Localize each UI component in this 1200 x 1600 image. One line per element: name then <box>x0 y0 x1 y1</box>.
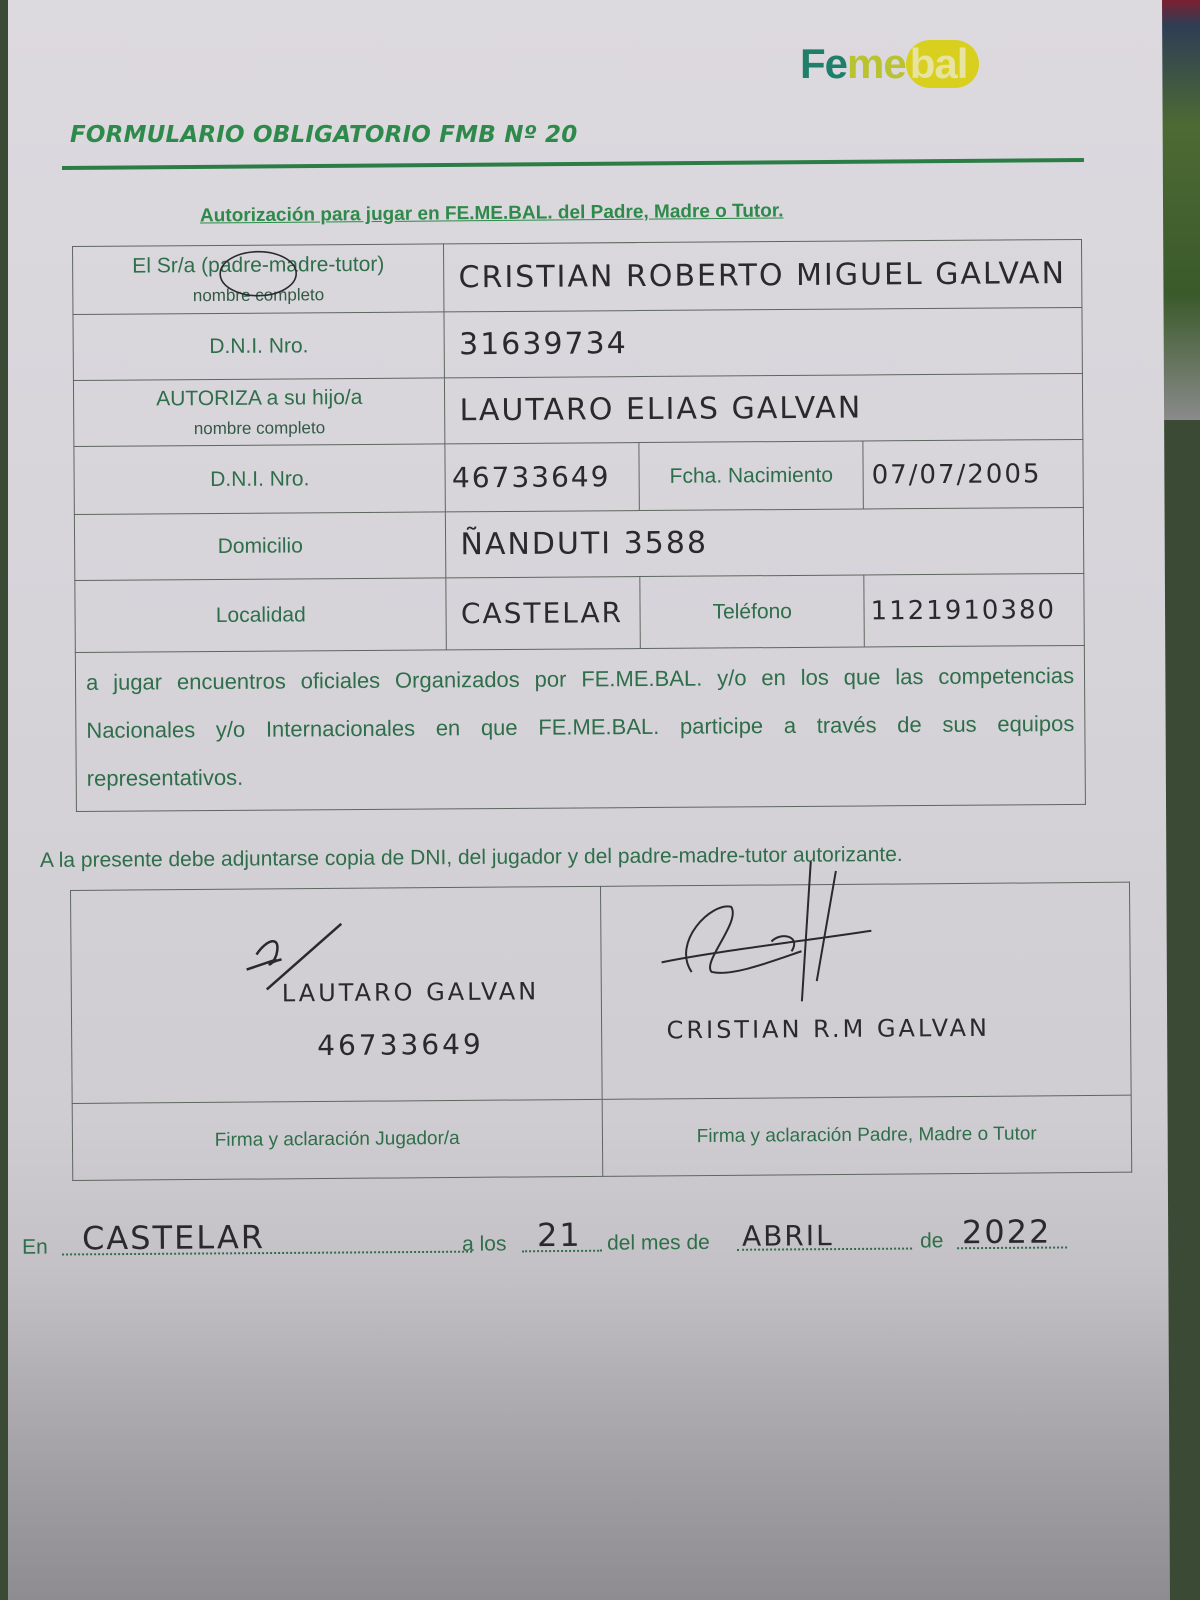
mes-label: del mes de <box>607 1231 710 1256</box>
city-label: Localidad <box>75 578 447 653</box>
authorization-table: El Sr/a (padre-madre-tutor) nombre compl… <box>72 239 1086 812</box>
player-printed-dni: 46733649 <box>317 1028 484 1062</box>
femebal-logo: Femebal <box>800 40 1070 100</box>
parent-printed-name: CRISTIAN R.M GALVAN <box>667 1014 990 1045</box>
day-field[interactable]: 21 <box>537 1216 582 1254</box>
place-date-line: En CASTELAR a los 21 del mes de ABRIL de… <box>22 1208 1102 1266</box>
player-signature-caption: Firma y aclaración Jugador/a <box>72 1099 602 1180</box>
player-printed-name: LAUTARO GALVAN <box>282 977 540 1007</box>
parent-dni-label: D.N.I. Nro. <box>73 312 445 381</box>
birth-date-label: Fcha. Nacimiento <box>639 441 863 511</box>
row-city-phone: Localidad CASTELAR Teléfono 1121910380 <box>75 573 1084 652</box>
year-field[interactable]: 2022 <box>962 1213 1052 1252</box>
circled-option-mark <box>216 247 300 300</box>
phone-field[interactable]: 1121910380 <box>864 573 1084 647</box>
child-sublabel: nombre completo <box>75 417 443 440</box>
authorization-text: a jugar encuentros oficiales Organizados… <box>75 645 1085 811</box>
row-child-name: AUTORIZA a su hijo/a nombre completo LAU… <box>73 373 1082 446</box>
parent-signature-scribble <box>650 861 891 1013</box>
de-label: de <box>920 1229 944 1253</box>
parent-label: El Sr/a (padre-madre-tutor) <box>132 252 384 278</box>
birth-date-field[interactable]: 07/07/2005 <box>863 439 1083 509</box>
child-label-cell: AUTORIZA a su hijo/a nombre completo <box>73 378 445 447</box>
a-los-label: a los <box>462 1232 507 1256</box>
row-parent-dni: D.N.I. Nro. 31639734 <box>73 307 1082 380</box>
logo-bal: bal <box>910 40 968 87</box>
row-child-dni: D.N.I. Nro. 46733649 Fcha. Nacimiento 07… <box>74 439 1083 514</box>
form-title: FORMULARIO OBLIGATORIO FMB Nº 20 <box>70 122 577 148</box>
caption-row: Firma y aclaración Jugador/a Firma y acl… <box>72 1095 1132 1180</box>
child-dni-field[interactable]: 46733649 <box>445 443 639 512</box>
logo-ball-icon: bal <box>906 40 980 88</box>
month-field[interactable]: ABRIL <box>742 1219 834 1253</box>
signature-row: LAUTARO GALVAN 46733649 CRISTIAN R.M GAL… <box>71 882 1132 1103</box>
player-signature-box[interactable]: LAUTARO GALVAN 46733649 <box>71 886 602 1103</box>
city-field[interactable]: CASTELAR <box>446 577 640 650</box>
row-authorization-text: a jugar encuentros oficiales Organizados… <box>75 645 1085 811</box>
parent-name-field[interactable]: CRISTIAN ROBERTO MIGUEL GALVAN <box>444 239 1082 311</box>
row-address: Domicilio ÑANDUTI 3588 <box>74 507 1083 580</box>
child-dni-label: D.N.I. Nro. <box>74 444 446 515</box>
address-label: Domicilio <box>74 512 446 581</box>
child-name-field[interactable]: LAUTARO ELIAS GALVAN <box>445 373 1083 443</box>
phone-label: Teléfono <box>640 575 864 649</box>
en-label: En <box>22 1236 48 1260</box>
parent-signature-caption: Firma y aclaración Padre, Madre o Tutor <box>602 1095 1132 1176</box>
parent-label-cell: El Sr/a (padre-madre-tutor) nombre compl… <box>73 244 445 315</box>
paper-shadow <box>8 1280 1170 1600</box>
parent-signature-box[interactable]: CRISTIAN R.M GALVAN <box>600 882 1131 1099</box>
signature-table: LAUTARO GALVAN 46733649 CRISTIAN R.M GAL… <box>70 882 1132 1181</box>
logo-me: me <box>847 40 906 87</box>
place-field[interactable]: CASTELAR <box>82 1218 265 1257</box>
row-parent-name: El Sr/a (padre-madre-tutor) nombre compl… <box>73 239 1082 314</box>
child-label: AUTORIZA a su hijo/a <box>156 385 362 409</box>
address-field[interactable]: ÑANDUTI 3588 <box>446 507 1084 577</box>
logo-fe: Fe <box>800 40 847 87</box>
parent-dni-field[interactable]: 31639734 <box>444 307 1082 377</box>
